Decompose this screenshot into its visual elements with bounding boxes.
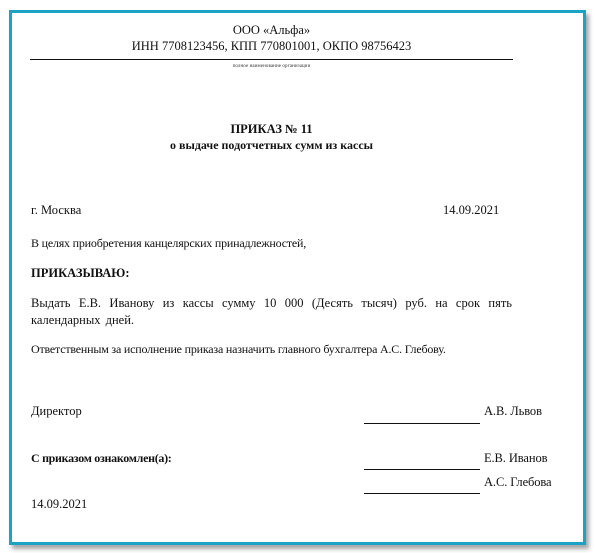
header-divider <box>30 59 513 60</box>
director-name: А.В. Львов <box>484 404 542 419</box>
document-subtitle: о выдаче подотчетных сумм из кассы <box>30 138 513 153</box>
organization-caption: полное наименование организации <box>30 64 513 70</box>
acquainted-signature-line-2 <box>364 493 480 494</box>
order-paragraph-responsible: Ответственным за исполнение приказа назн… <box>31 341 512 358</box>
order-keyword: ПРИКАЗЫВАЮ: <box>31 266 130 281</box>
director-signature-line <box>364 423 480 424</box>
document-title: ПРИКАЗ № 11 <box>30 122 513 137</box>
organization-identifiers: ИНН 7708123456, КПП 770801001, ОКПО 9875… <box>30 39 513 54</box>
organization-name: ООО «Альфа» <box>30 23 513 38</box>
director-label: Директор <box>31 404 82 419</box>
acquainted-name-2: А.С. Глебова <box>484 475 552 490</box>
document-date: 14.09.2021 <box>443 203 499 218</box>
acquainted-signature-line-1 <box>364 469 480 470</box>
acquaintance-date: 14.09.2021 <box>31 497 87 512</box>
acquainted-label: С приказом ознакомлен(а): <box>31 451 172 466</box>
purpose-text: В целях приобретения канцелярских принад… <box>31 236 306 251</box>
city: г. Москва <box>31 203 81 218</box>
acquainted-name-1: Е.В. Иванов <box>484 451 547 466</box>
order-paragraph-issue: Выдать Е.В. Иванову из кассы сумму 10 00… <box>31 295 512 329</box>
